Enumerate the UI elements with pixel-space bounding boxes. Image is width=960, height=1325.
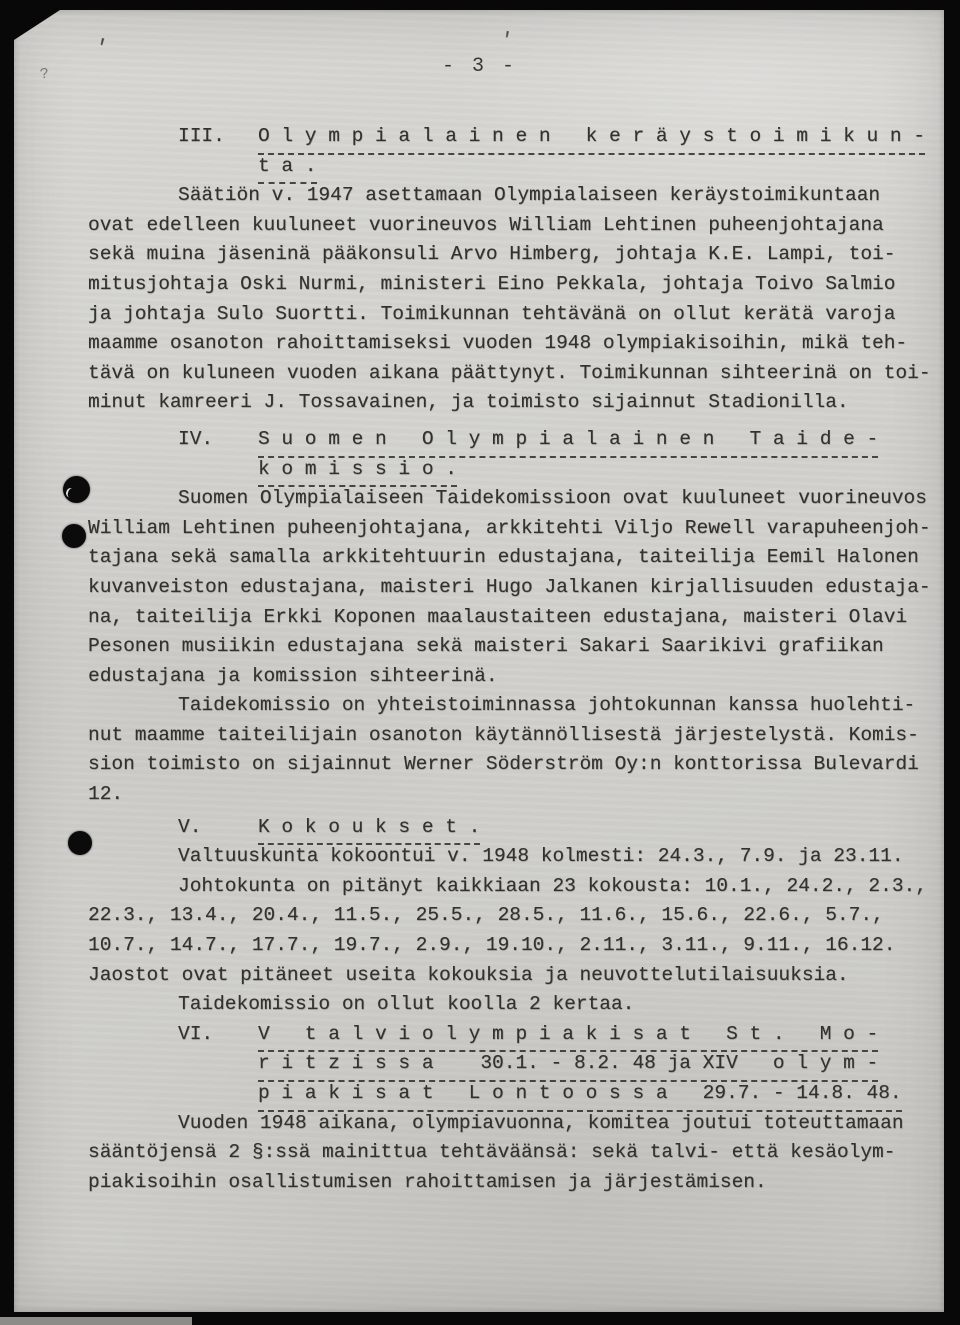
section-heading: IV.S u o m e n O l y m p i a l a i n e n… [88,425,954,455]
text-line: Johtokunta on pitänyt kaikkiaan 23 kokou… [88,872,954,902]
text-line: William Lehtinen puheenjohtajana, arkkit… [88,514,954,544]
section-title-underlined: t a . [258,152,317,185]
section-iv-taidekomissio: IV.S u o m e n O l y m p i a l a i n e n… [88,425,954,810]
section-heading: t a . [88,152,954,182]
section-title-underlined: S u o m e n O l y m p i a l a i n e n T … [258,425,878,458]
text-line: Vuoden 1948 aikana, olympiavuonna, komit… [88,1109,954,1139]
text-line: piakisoihin osallistumisen rahoittamisen… [88,1168,954,1198]
section-numeral: V. [178,813,258,843]
section-title-underlined: r i t z i s s a 30.1. - 8.2. 48 ja XIV o… [258,1049,878,1082]
text-line: tajana sekä samalla arkkitehtuurin edust… [88,543,954,573]
section-title-underlined: O l y m p i a l a i n e n k e r ä y s t … [258,122,925,155]
section-heading: p i a k i s a t L o n t o o s s a 29.7. … [88,1079,954,1109]
text-line: Taidekomissio on ollut koolla 2 kertaa. [88,990,954,1020]
text-line: minut kamreeri J. Tossavainen, ja toimis… [88,388,954,418]
text-line: kuvanveiston edustajana, maisteri Hugo J… [88,573,954,603]
text-line: sion toimisto on sijainnut Werner Söders… [88,750,954,780]
text-line: Taidekomissio on yhteistoiminnassa johto… [88,691,954,721]
section-vi-olympiakisat: VI.V t a l v i o l y m p i a k i s a t S… [88,1020,954,1198]
faint-pencil-mark: ? [39,66,50,84]
scan-edge-strip [0,1317,192,1325]
text-line: Valtuuskunta kokoontui v. 1948 kolmesti:… [88,842,954,872]
text-line: ja johtaja Sulo Suortti. Toimikunnan teh… [88,300,954,330]
text-line: mitusjohtaja Oski Nurmi, ministeri Eino … [88,270,954,300]
hole-punch-mark [63,476,90,503]
section-heading: V.K o k o u k s e t . [88,813,954,843]
text-line: edustajana ja komission sihteerinä. [88,662,954,692]
scanned-paper-page: - 3 - ' ? ' III.O l y m p i a l a i n e … [14,10,944,1312]
hole-punch-mark [62,524,86,548]
text-line: na, taiteilija Erkki Koponen maalaustait… [88,603,954,633]
text-line: sääntöjensä 2 §:ssä mainittua tehtävääns… [88,1138,954,1168]
text-line: nut maamme taiteilijain osanoton käytänn… [88,721,954,751]
section-numeral: VI. [178,1020,258,1050]
text-line: ovat edelleen kuuluneet vuorineuvos Will… [88,211,954,241]
text-line: Säätiön v. 1947 asettamaan Olympialaisee… [88,181,954,211]
section-title-underlined: p i a k i s a t L o n t o o s s a 29.7. … [258,1079,902,1112]
text-line: sekä muina jäseninä pääkonsuli Arvo Himb… [88,240,954,270]
text-line: Pesonen musiikin edustajana sekä maister… [88,632,954,662]
section-heading: k o m i s s i o . [88,455,954,485]
text-line: maamme osanoton rahoittamiseksi vuoden 1… [88,329,954,359]
text-line: Suomen Olympialaiseen Taidekomissioon ov… [88,484,954,514]
text-line: 22.3., 13.4., 20.4., 11.5., 25.5., 28.5.… [88,901,954,931]
section-v-kokoukset: V.K o k o u k s e t . Valtuuskunta kokoo… [88,813,954,1020]
section-iii-keraystoimikunta: III.O l y m p i a l a i n e n k e r ä y … [88,122,954,418]
section-numeral: IV. [178,425,258,455]
section-heading: r i t z i s s a 30.1. - 8.2. 48 ja XIV o… [88,1049,954,1079]
document-body: III.O l y m p i a l a i n e n k e r ä y … [88,122,954,1197]
apostrophe-mark: ' [498,29,514,54]
text-line: Jaostot ovat pitäneet useita kokouksia j… [88,961,954,991]
text-line: 10.7., 14.7., 17.7., 19.7., 2.9., 19.10.… [88,931,954,961]
section-numeral: III. [178,122,258,152]
section-title-underlined: k o m i s s i o . [258,455,457,488]
section-heading: VI.V t a l v i o l y m p i a k i s a t S… [88,1020,954,1050]
section-title-underlined: K o k o u k s e t . [258,813,480,846]
page-number: - 3 - [442,55,517,78]
ink-tick-mark: ' [91,35,110,62]
text-line: tävä on kuluneen vuoden aikana päättynyt… [88,359,954,389]
text-line: 12. [88,780,954,810]
section-title-underlined: V t a l v i o l y m p i a k i s a t S t … [258,1020,878,1053]
section-heading: III.O l y m p i a l a i n e n k e r ä y … [88,122,954,152]
